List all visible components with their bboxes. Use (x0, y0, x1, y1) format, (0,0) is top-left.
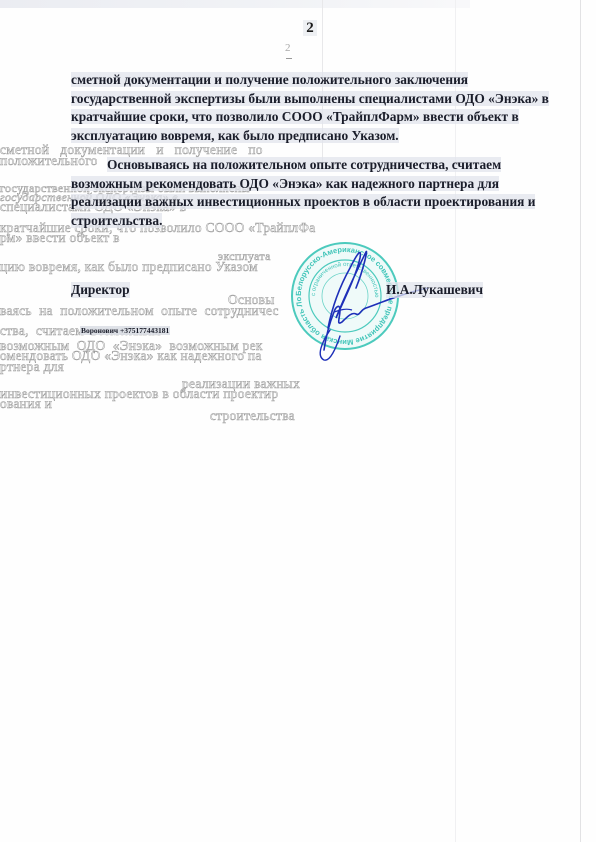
text-line: государственной экспертизы были выполнен… (71, 91, 549, 106)
page-number: 2 (303, 20, 317, 36)
ghost-mark (286, 58, 292, 59)
ghost-line: рм» ввести объект в (0, 232, 120, 244)
text-line: строительства. (71, 213, 162, 228)
ghost-line: ования и (0, 398, 52, 410)
page-edge-line (580, 0, 581, 842)
ghost-line: строительства (210, 410, 295, 422)
text-line: эксплуатацию вовремя, как было предписан… (71, 128, 399, 143)
text-line: Основываясь на положительном опыте сотру… (107, 157, 501, 172)
ghost-line: ваясь на положительном опыте сотрудничес (0, 305, 279, 317)
text-line: кратчайшие сроки, что позволило СООО «Тр… (71, 109, 519, 124)
signer-name: И.А.Лукашевич (386, 282, 483, 298)
scan-edge-artifact (0, 0, 470, 8)
ghost-page-number: 2 (285, 42, 291, 54)
text-line: сметной документации и получение положит… (71, 72, 468, 87)
document-page: 2 2 сметной документации и получение по … (0, 0, 596, 842)
paragraph-2: Основываясь на положительном опыте сотру… (71, 156, 553, 230)
ghost-line: ртнера для (0, 361, 64, 373)
signer-title: Директор (71, 282, 130, 298)
paragraph-1: сметной документации и получение положит… (71, 71, 553, 145)
ghost-line: цию вовремя, как было предписано Указом (0, 261, 258, 273)
contact-line: Воронович +375177443181 (80, 326, 170, 335)
text-line: реализации важных инвестиционных проекто… (71, 194, 535, 209)
handwritten-signature-icon (270, 238, 430, 363)
text-line: возможным рекомендовать ОДО «Энэка» как … (71, 176, 499, 191)
